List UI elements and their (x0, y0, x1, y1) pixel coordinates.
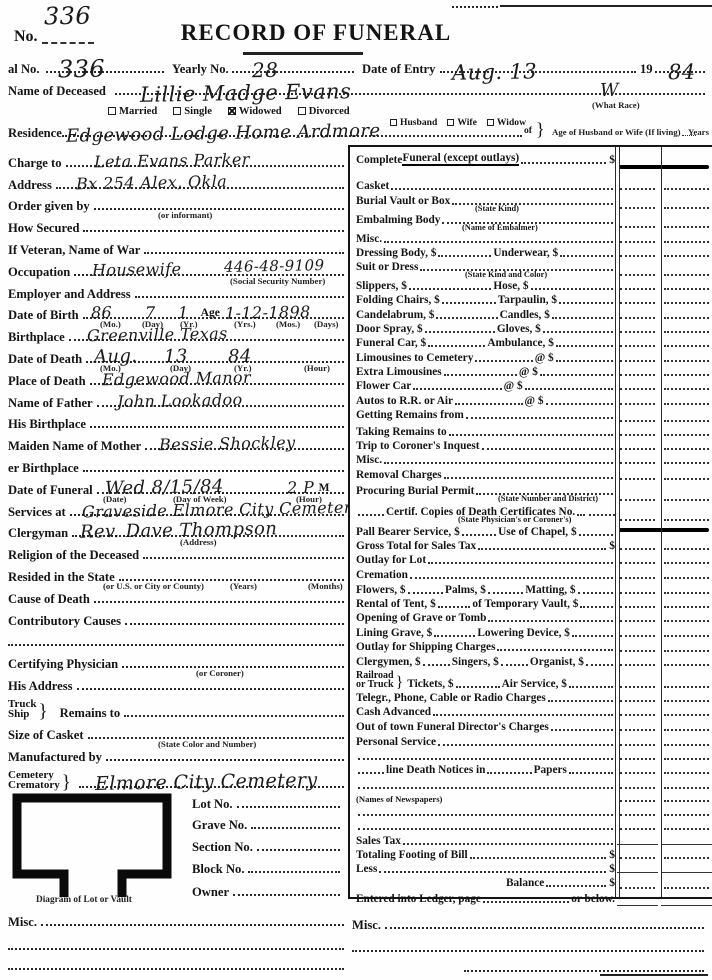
dob-label: Date of Birth (8, 308, 79, 322)
amount-cell (617, 364, 658, 378)
diagram-cluster: Diagram of Lot or Vault Lot No. Grave No… (8, 791, 348, 909)
amount-cell (661, 482, 712, 503)
address-line: Bx 254 Alex, Okla (56, 187, 344, 189)
charge-label: Getting Remains from (356, 409, 464, 421)
field-grave-no: Grave No. (192, 811, 344, 832)
amount-cell (617, 278, 658, 292)
field-his-address: His Address (8, 671, 348, 693)
blank-line (464, 970, 704, 972)
misc-right-line (385, 927, 704, 929)
charge-row (350, 776, 712, 790)
pod-line: Edgewood Manor (90, 383, 344, 385)
charge-label: Tarpaulin, $ (498, 294, 557, 306)
field-cemetery: CemeteryCrematory } Elmore City Cemetery (8, 764, 348, 791)
lot-fields-block: Lot No. Grave No. Section No. Block No. … (192, 791, 344, 899)
father-label: Name of Father (8, 396, 93, 410)
field-lot-no: Lot No. (192, 791, 344, 811)
field-charge-to: Charge to Leta Evans Parker (8, 148, 348, 170)
charge-row: Misc. (350, 452, 712, 466)
amount-cell (661, 596, 712, 610)
field-size-of-casket: Size of Casket (State Color and Number) (8, 720, 348, 742)
spouse-brace: } (536, 119, 545, 140)
amount-cell (661, 581, 712, 595)
charges-rows: CompleteFuneral (except outlays)$CasketB… (350, 152, 712, 908)
amount-cell (617, 639, 658, 654)
amount-cell (617, 292, 658, 306)
field-employer: Employer and Address (8, 279, 348, 301)
amount-cell (617, 861, 658, 875)
field-his-birthplace: His Birthplace (8, 410, 348, 432)
field-how-secured: How Secured (8, 213, 348, 235)
widow-checkbox-icon (487, 119, 494, 126)
charge-label: Sales Tax (356, 835, 401, 847)
amount-cell (617, 407, 658, 424)
field-resided: Resided in the State (or U.S. or City or… (8, 562, 348, 584)
amount-cell (617, 804, 658, 818)
blank-line (8, 948, 344, 950)
amount-cell (617, 748, 658, 762)
charge-label: Clergymen, $ (356, 656, 421, 668)
field-birthplace: Birthplace Greenville Texas (8, 322, 348, 344)
lot-no-label: Lot No. (192, 797, 233, 811)
his-address-label: His Address (8, 679, 73, 693)
mother-label: Maiden Name of Mother (8, 439, 141, 453)
his-birthplace-label: His Birthplace (8, 417, 86, 431)
amount-cell (661, 748, 712, 762)
charge-row: Limousines to Cemetery@ $ (350, 349, 712, 363)
charge-label: Limousines to Cemetery (356, 352, 473, 364)
bottom-right-misc: Misc. (352, 908, 708, 975)
charge-label: Embalming Body (356, 214, 440, 226)
age-printed-label: Age (201, 307, 220, 319)
charge-row: Casket (350, 178, 712, 192)
amount-cell (661, 733, 712, 747)
clergyman-value-handwritten: Rev. Dave Thompson (80, 522, 278, 541)
amount-cell (661, 407, 712, 424)
amount-cell (661, 832, 712, 846)
charge-label: Taking Remains to (356, 426, 447, 438)
field-veteran: If Veteran, Name of War (8, 235, 348, 257)
charge-to-label: Charge to (8, 156, 62, 170)
amount-cell (617, 335, 658, 349)
charge-row: Extra Limousines@ $ (350, 364, 712, 378)
amount-cell (617, 466, 658, 482)
charge-row: Removal Charges (350, 466, 712, 482)
amount-cell (617, 192, 658, 211)
amount-cell (661, 466, 712, 482)
amount-cell (617, 610, 658, 624)
manufactured-line (106, 759, 344, 761)
amount-cell (617, 392, 658, 406)
cause-label: Cause of Death (8, 592, 90, 606)
amount-cell (661, 704, 712, 718)
amount-cell (661, 690, 712, 704)
amount-cell (617, 178, 658, 192)
married-checkbox-icon (108, 107, 116, 115)
charge-label: Extra Limousines (356, 366, 442, 378)
amount-cell (617, 581, 658, 595)
charge-row: Procuring Burial Permit(State Number and… (350, 482, 712, 503)
charge-row: Cash Advanced (350, 704, 712, 718)
cemetery-line: Elmore City Cemetery (79, 786, 344, 788)
address-label: Address (8, 178, 52, 192)
remains-to-label: Remains to (60, 706, 121, 720)
charge-row: Outlay for Shipping Charges (350, 639, 712, 654)
amount-cell (661, 424, 712, 438)
field-address: Address Bx 254 Alex, Okla (8, 170, 348, 192)
charge-label: Tickets, $ (407, 678, 453, 690)
truck-ship-brace: } (39, 704, 48, 720)
field-certifying-physician: Certifying Physician (or Coroner) (8, 649, 348, 671)
checkbox-widow: Widow (487, 117, 526, 128)
charge-label: Out of town Funeral Director's Charges (356, 721, 549, 733)
amount-cell (661, 624, 712, 638)
misc-left-line (41, 924, 344, 926)
lot-no-line (237, 806, 340, 808)
field-religion: Religion of the Deceased (8, 540, 348, 562)
grave-no-label: Grave No. (192, 818, 247, 832)
charge-label: Papers (534, 764, 567, 776)
grave-no-line (251, 827, 340, 829)
charge-label: @ $ (535, 352, 554, 364)
widowed-checkbox-icon (228, 107, 236, 115)
field-remains-to: TruckShip } Remains to (8, 693, 348, 720)
amount-cell (617, 538, 658, 552)
birthplace-label: Birthplace (8, 330, 65, 344)
deceased-value-handwritten: Lillie Madge Evans (140, 83, 351, 103)
charge-row: Opening of Grave or Tomb (350, 610, 712, 624)
charge-label: Telegr., Phone, Cable or Radio Charges (356, 692, 546, 704)
charge-label: Outlay for Lot (356, 554, 426, 566)
handwritten-amount-line (619, 165, 709, 169)
spouse-checkbox-row: Husband Wife Widow (390, 117, 526, 128)
yearly-value-handwritten: 28 (252, 62, 279, 78)
charge-label: Removal Charges (356, 469, 442, 481)
charge-label: Lowering Device, $ (477, 627, 570, 639)
spouse-age-label: Age of Husband or Wife (If living) (552, 127, 681, 137)
charge-row: Clergymen, $Singers, $Organist, $ (350, 654, 712, 668)
amount-cell (617, 733, 658, 747)
owner-label: Owner (192, 885, 229, 899)
charge-row: Pall Bearer Service, $Use of Chapel, $ (350, 523, 712, 537)
charge-row: Balance$ (350, 875, 712, 891)
block-no-label: Block No. (192, 862, 244, 876)
amount-cell (617, 875, 658, 891)
amount-cell (617, 791, 658, 804)
his-address-line (77, 688, 344, 690)
charge-label: Gloves, $ (497, 323, 541, 335)
scan-artifact-bottom-line (600, 974, 708, 976)
section-no-line (257, 849, 340, 851)
dob-line: 86 7 1 Age 1-12-1898 (83, 317, 344, 319)
charge-row: Slippers, $Hose, $ (350, 278, 712, 292)
blank-dotted-row (8, 929, 348, 953)
serial-value-handwritten: 336 (58, 61, 105, 78)
charge-label: Candles, $ (500, 309, 550, 321)
address-value-handwritten: Bx 254 Alex, Okla (76, 173, 227, 192)
amount-cell (661, 364, 712, 378)
charge-label: of Temporary Vault, $ (472, 598, 578, 610)
field-occupation: Occupation Housewife 446-48-9109 (Social… (8, 257, 348, 279)
charge-row: Embalming Body(Name of Embalmer) (350, 211, 712, 230)
yearly-no-label: Yearly No. (172, 62, 229, 76)
charge-label: Entered into Ledger, page (356, 893, 481, 905)
charge-sub-label: (State Number and District) (498, 494, 598, 503)
diagram-caption: Diagram of Lot or Vault (36, 895, 132, 905)
charge-label: line Death Notices in (386, 764, 485, 776)
amount-cell (661, 392, 712, 406)
amount-cell (661, 349, 712, 363)
amount-cell (617, 891, 658, 908)
charge-label: Slippers, $ (356, 280, 407, 292)
amount-cell (617, 690, 658, 704)
amount-cell (617, 718, 658, 733)
charge-label: Funeral (except outlays) (402, 152, 519, 166)
amount-cell (661, 639, 712, 654)
field-date-of-birth: Date of Birth 86 7 1 Age 1-12-1898 (Mo.)… (8, 301, 348, 323)
charge-row: Getting Remains from (350, 407, 712, 424)
clergyman-label: Clergyman (8, 526, 68, 540)
charge-row: Certif. Copies of Death Certificates No.… (350, 503, 712, 523)
manufactured-label: Manufactured by (8, 750, 102, 764)
amount-cell (617, 704, 658, 718)
blank-dotted-row (352, 955, 708, 975)
charge-row: Funeral Car, $Ambulance, $ (350, 335, 712, 349)
charge-row: CompleteFuneral (except outlays)$ (350, 152, 712, 178)
charges-box: CompleteFuneral (except outlays)$CasketB… (348, 145, 712, 899)
handwritten-amount-line (619, 528, 709, 532)
her-birthplace-line (83, 470, 344, 472)
field-place-of-death: Place of Death Edgewood Manor (8, 366, 348, 388)
serial-row: al No. 336 Yearly No. 28 Date of Entry A… (0, 56, 712, 78)
services-at-label: Services at (8, 505, 66, 519)
charge-row: Entered into Ledger, pageor below. (350, 891, 712, 908)
amount-cell (661, 321, 712, 335)
how-secured-line (83, 230, 344, 232)
amount-cell (661, 538, 712, 552)
field-misc-right: Misc. (352, 908, 708, 932)
amount-cell (661, 292, 712, 306)
field-her-birthplace: er Birthplace (8, 453, 348, 475)
charge-label: Totaling Footing of Bill (356, 849, 468, 861)
amount-cell (617, 211, 658, 230)
charge-label: Gross Total for Sales Tax (356, 540, 476, 552)
cemetery-stack: CemeteryCrematory (8, 770, 60, 791)
mother-line: Bessie Shockley (145, 448, 344, 450)
birthplace-line: Greenville Texas (69, 339, 344, 341)
charge-label: Complete (356, 154, 402, 166)
charge-label: Flowers, $ (356, 584, 406, 596)
charge-row: Out of town Funeral Director's Charges (350, 718, 712, 733)
amount-cell (617, 596, 658, 610)
divorced-checkbox-icon (298, 107, 306, 115)
amount-cell (617, 624, 658, 638)
left-field-column: Charge to Leta Evans Parker Address Bx 2… (8, 148, 348, 973)
amount-cell (617, 349, 658, 363)
amount-cell (661, 438, 712, 452)
amount-cell (661, 566, 712, 581)
charge-row: Personal Service (350, 733, 712, 747)
amount-cell (617, 230, 658, 244)
field-date-of-death: Date of Death Aug. 13 84 (Mo.) (Day) (Yr… (8, 344, 348, 366)
amount-cell (617, 259, 658, 278)
field-mother: Maiden Name of Mother Bessie Shockley (8, 431, 348, 453)
amount-cell (661, 804, 712, 818)
amount-cell (617, 378, 658, 392)
charge-row: Rental of Tent, $of Temporary Vault, $ (350, 596, 712, 610)
employer-label: Employer and Address (8, 287, 131, 301)
charge-row: Autos to R.R. or Air@ $ (350, 392, 712, 406)
charge-label: Air Service, $ (502, 678, 567, 690)
amount-cell (617, 818, 658, 832)
blank-dotted-row (352, 932, 708, 955)
charge-row (350, 748, 712, 762)
charge-label: Trip to Coroner's Inquest (356, 440, 480, 452)
veteran-label: If Veteran, Name of War (8, 243, 140, 257)
occupation-value-handwritten: Housewife (92, 261, 182, 279)
charge-label: Opening of Grave or Tomb (356, 612, 486, 624)
title-underline (243, 52, 363, 55)
deceased-row: Name of Deceased Lillie Madge Evans W (W… (0, 78, 712, 100)
amount-cell (617, 306, 658, 320)
amount-cell (617, 566, 658, 581)
charge-row: Dressing Body, $Underwear, $ (350, 245, 712, 259)
veteran-line (144, 252, 344, 254)
certifying-label: Certifying Physician (8, 657, 118, 671)
amount-cell (617, 321, 658, 335)
funeral-date-label: Date of Funeral (8, 483, 93, 497)
scan-artifact-dots (452, 6, 498, 8)
charge-row: Candelabrum, $Candles, $ (350, 306, 712, 320)
amount-cell (661, 668, 712, 690)
charge-label: Rental of Tent, $ (356, 598, 436, 610)
amount-cell (661, 791, 712, 804)
charge-row: Totaling Footing of Bill$ (350, 847, 712, 861)
charge-label: Palms, $ (445, 584, 486, 596)
amount-cell (661, 230, 712, 244)
charge-label: Suit or Dress (356, 261, 418, 273)
truck-ship-stack: TruckShip (8, 699, 37, 720)
charge-row: Sales Tax (350, 832, 712, 846)
field-clergyman: Clergyman Rev. Dave Thompson (Address) (8, 519, 348, 541)
scan-artifact-line (500, 5, 712, 7)
charge-label: Matting, $ (525, 584, 575, 596)
employer-line (135, 296, 344, 298)
charge-row: (Names of Newspapers) (350, 791, 712, 804)
order-given-by-line (94, 208, 344, 210)
charge-label: Casket (356, 180, 389, 192)
field-order-given-by: Order given by (or informant) (8, 192, 348, 214)
field-misc-left: Misc. (8, 909, 348, 929)
services-at-line: Graveside Elmore City Cemetery (70, 514, 344, 516)
charge-to-value-handwritten: Leta Evans Parker (93, 151, 249, 170)
funeral-m-label: M (319, 482, 330, 494)
single-checkbox-icon (173, 107, 181, 115)
how-secured-label: How Secured (8, 221, 79, 235)
charge-label: Cremation (356, 569, 408, 581)
charge-label: Outlay for Shipping Charges (356, 641, 495, 653)
charge-label: @ $ (525, 395, 544, 407)
religion-label: Religion of the Deceased (8, 548, 139, 562)
amount-cell (661, 178, 712, 192)
amount-cell (661, 552, 712, 566)
charge-row: Taking Remains to (350, 424, 712, 438)
charge-row: Lining Grave, $Lowering Device, $ (350, 624, 712, 638)
charge-label: Ambulance, $ (487, 337, 554, 349)
amount-cell (661, 762, 712, 776)
blank-dotted-row (8, 628, 348, 650)
charge-label: Autos to R.R. or Air (356, 395, 453, 407)
charge-row: Flowers, $Palms, $Matting, $ (350, 581, 712, 595)
pod-value-handwritten: Edgewood Manor (102, 369, 251, 388)
contributory-label: Contributory Causes (8, 614, 121, 628)
entry-label: Date of Entry (362, 62, 435, 76)
checkbox-divorced: Divorced (298, 106, 350, 118)
amount-cell (617, 654, 658, 668)
charge-row (350, 804, 712, 818)
amount-cell (661, 503, 712, 523)
charge-row: line Death Notices inPapers (350, 762, 712, 776)
marital-status-row: Married Single Widowed Divorced (108, 106, 350, 118)
blank-line (8, 644, 344, 646)
charge-row: Folding Chairs, $Tarpaulin, $ (350, 292, 712, 306)
charge-label: Burial Vault or Box (356, 195, 450, 207)
misc-right-label: Misc. (352, 918, 381, 932)
amount-cell (617, 668, 658, 690)
block-no-line (248, 871, 340, 873)
amount-cell (661, 718, 712, 733)
year-prefix: 19 (640, 62, 653, 76)
amount-cell (661, 259, 712, 278)
charge-label: Flower Car (356, 380, 411, 392)
field-cause-of-death: Cause of Death (8, 584, 348, 606)
charge-label: Misc. (356, 233, 382, 245)
amount-cell (617, 482, 658, 503)
amount-cell (661, 654, 712, 668)
amount-cell (661, 192, 712, 211)
contributory-line (125, 623, 344, 625)
blank-line (352, 950, 704, 952)
field-services-at: Services at Graveside Elmore City Cemete… (8, 497, 348, 519)
amount-cell (617, 245, 658, 259)
resided-label: Resided in the State (8, 570, 115, 584)
amount-cell (661, 875, 712, 891)
amount-column-rule-inner (619, 147, 620, 897)
services-value-handwritten: Graveside Elmore City Cemetery (82, 499, 362, 520)
wife-checkbox-icon (447, 119, 454, 126)
field-date-of-funeral: Date of Funeral Wed 8/15/84 2 P M (Date)… (8, 475, 348, 497)
amount-cell (617, 552, 658, 566)
charge-label: Misc. (356, 454, 382, 466)
charge-row: Outlay for Lot (350, 552, 712, 566)
father-line: John Lookadoo (97, 405, 344, 407)
checkbox-single: Single (173, 106, 212, 118)
amount-cell (617, 452, 658, 466)
field-owner: Owner (192, 876, 344, 899)
section-no-label: Section No. (192, 840, 253, 854)
charge-label: Procuring Burial Permit (356, 485, 474, 497)
charge-label: Lining Grave, $ (356, 627, 432, 639)
charge-label: or below. (571, 893, 615, 905)
charge-label: Candelabrum, $ (356, 309, 434, 321)
checkbox-wife: Wife (447, 117, 477, 128)
race-value-handwritten: W (600, 83, 619, 99)
amount-cell (661, 278, 712, 292)
charge-label: Singers, $ (452, 656, 499, 668)
pod-label: Place of Death (8, 374, 86, 388)
casket-size-label: Size of Casket (8, 728, 84, 742)
page-title: RECORD OF FUNERAL (0, 20, 632, 46)
